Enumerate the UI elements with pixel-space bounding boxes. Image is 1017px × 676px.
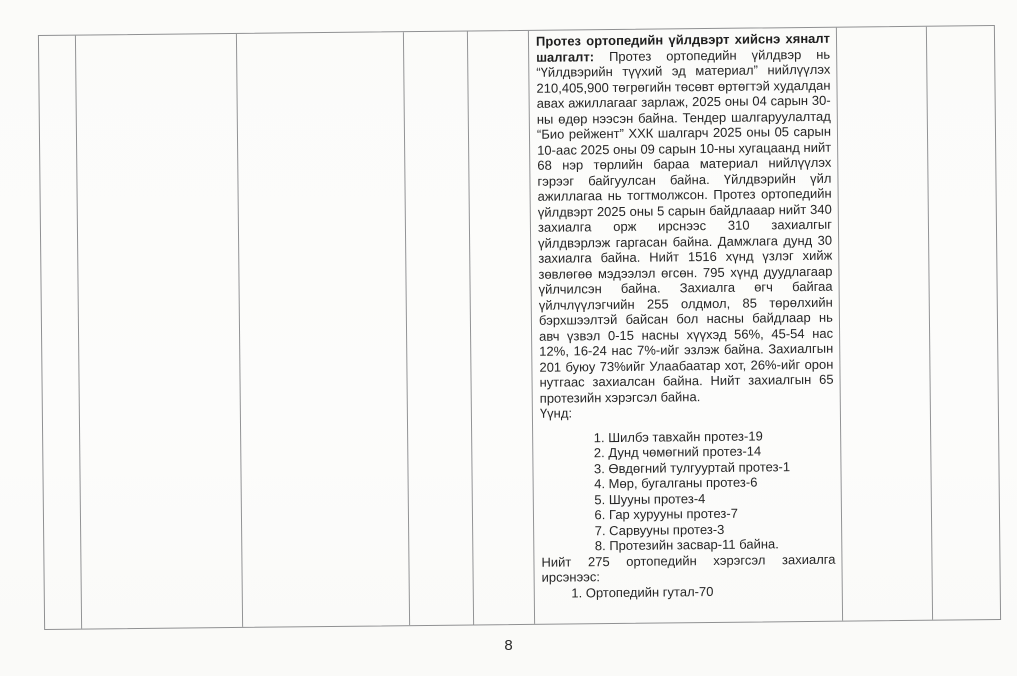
- empty-cell-4: [404, 32, 474, 626]
- empty-cell-7: [837, 27, 933, 621]
- empty-cell-8: [927, 26, 1000, 620]
- report-paragraph: Протез ортопедийн үйлдвэрт хийснэ хяналт…: [536, 31, 834, 406]
- page-number: 8: [0, 637, 1017, 654]
- empty-cell-2: [76, 34, 243, 629]
- report-table: Протез ортопедийн үйлдвэрт хийснэ хяналт…: [38, 25, 1001, 630]
- empty-cell-3: [237, 32, 410, 627]
- report-body-text: Протез ортопедийн үйлдвэр нь “Үйлдвэрийн…: [536, 46, 833, 405]
- empty-cell-5: [468, 31, 535, 625]
- prosthesis-list: Шилбэ тавхайн протез-19 Дунд чөмөгний пр…: [540, 427, 835, 554]
- orthopedic-list: Ортопедийн гутал-70: [542, 582, 836, 601]
- report-text-cell: Протез ортопедийн үйлдвэрт хийснэ хяналт…: [529, 28, 843, 624]
- orthopedic-list-item: Ортопедийн гутал-70: [586, 582, 836, 600]
- empty-cell-1: [39, 36, 82, 629]
- list-intro: Үүнд:: [540, 403, 834, 422]
- orthopedic-summary: Нийт 275 ортопедийн хэрэгсэл захиалга ир…: [541, 551, 835, 585]
